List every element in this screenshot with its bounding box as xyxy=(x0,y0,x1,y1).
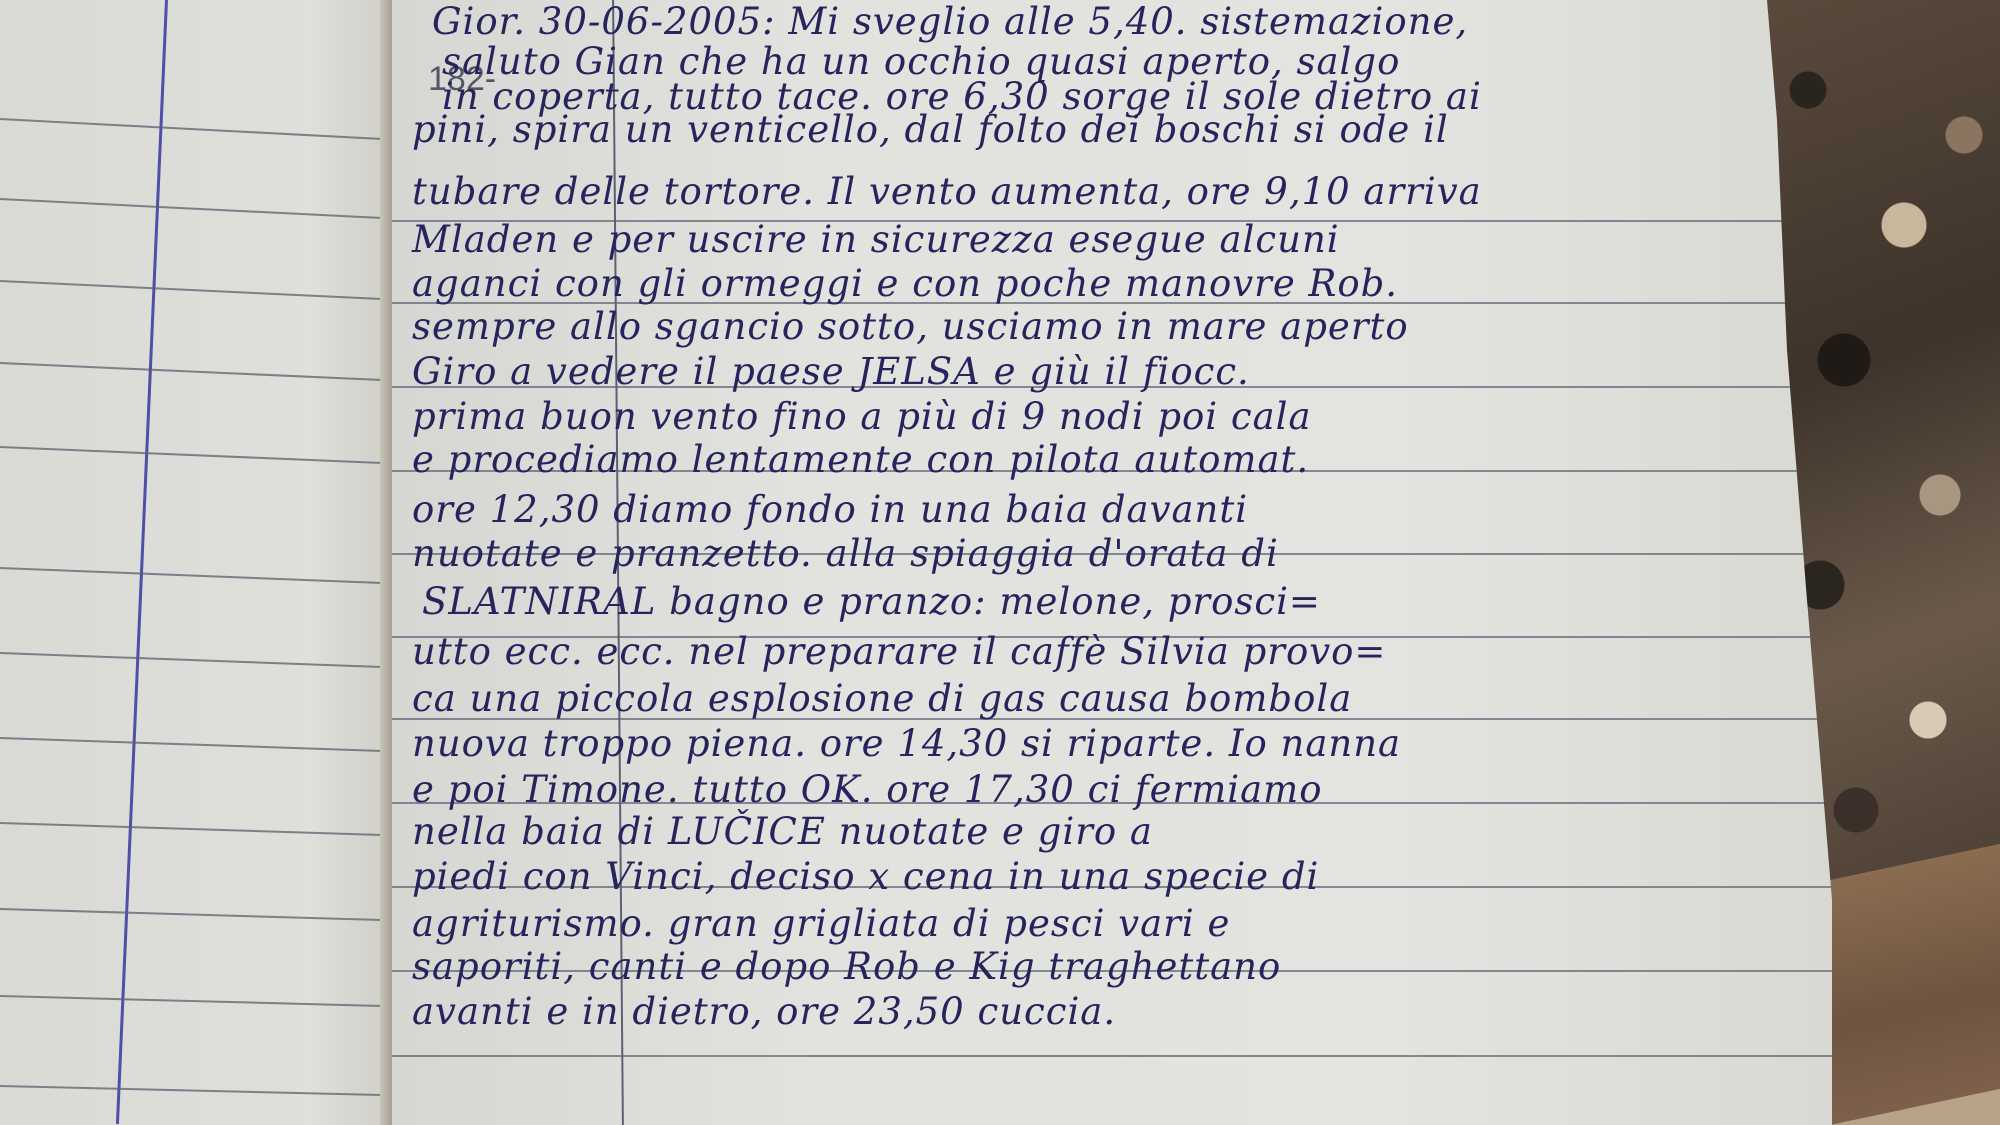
handwritten-line: pini, spira un venticello, dal folto dei… xyxy=(412,108,1449,151)
handwritten-line: nuova troppo piena. ore 14,30 si riparte… xyxy=(412,722,1401,765)
handwritten-line: Gior. 30-06-2005: Mi sveglio alle 5,40. … xyxy=(432,0,1468,43)
handwritten-line: SLATNIRAL bagno e pranzo: melone, prosci… xyxy=(422,580,1321,623)
handwritten-line: sempre allo sgancio sotto, usciamo in ma… xyxy=(412,305,1409,348)
ruled-line xyxy=(0,652,390,669)
ruled-line xyxy=(0,822,390,837)
handwritten-line: utto ecc. ecc. nel preparare il caffè Si… xyxy=(412,630,1386,673)
handwritten-line: prima buon vento fino a più di 9 nodi po… xyxy=(412,395,1312,438)
ruled-line xyxy=(0,995,390,1007)
ruled-line xyxy=(0,280,390,301)
handwritten-line: e poi Timone. tutto OK. ore 17,30 ci fer… xyxy=(412,768,1323,811)
ruled-line xyxy=(0,362,390,382)
ruled-line xyxy=(0,198,390,220)
handwritten-line: avanti e in dietro, ore 23,50 cuccia. xyxy=(412,990,1116,1033)
handwritten-line: nuotate e pranzetto. alla spiaggia d'ora… xyxy=(412,532,1279,575)
handwritten-line: saporiti, canti e dopo Rob e Kig traghet… xyxy=(412,945,1281,988)
handwritten-line: Giro a vedere il paese JELSA e giù il fi… xyxy=(412,350,1250,393)
handwritten-line: tubare delle tortore. Il vento aumenta, … xyxy=(412,170,1482,213)
handwritten-line: nella baia di LUČICE nuotate e giro a xyxy=(412,810,1153,853)
ruled-line xyxy=(0,1085,390,1096)
handwritten-line: Mladen e per uscire in sicurezza esegue … xyxy=(412,218,1340,261)
wooden-table-surface xyxy=(1830,844,2000,1125)
ruled-line xyxy=(0,737,390,753)
left-page-margin-line xyxy=(116,0,168,1124)
handwritten-line: ca una piccola esplosione di gas causa b… xyxy=(412,677,1352,720)
handwritten-line: aganci con gli ormeggi e con poche manov… xyxy=(412,262,1398,305)
ruled-line xyxy=(392,1055,1832,1057)
handwritten-line: ore 12,30 diamo fondo in una baia davant… xyxy=(412,488,1248,531)
left-notebook-page xyxy=(0,0,390,1125)
handwritten-line: e procediamo lentamente con pilota autom… xyxy=(412,438,1309,481)
ruled-line xyxy=(0,118,390,141)
handwritten-line: agriturismo. gran grigliata di pesci var… xyxy=(412,902,1230,945)
ruled-line xyxy=(0,567,390,585)
ruled-line xyxy=(0,908,390,922)
handwritten-line: piedi con Vinci, deciso x cena in una sp… xyxy=(412,855,1319,898)
ruled-line xyxy=(0,446,390,465)
